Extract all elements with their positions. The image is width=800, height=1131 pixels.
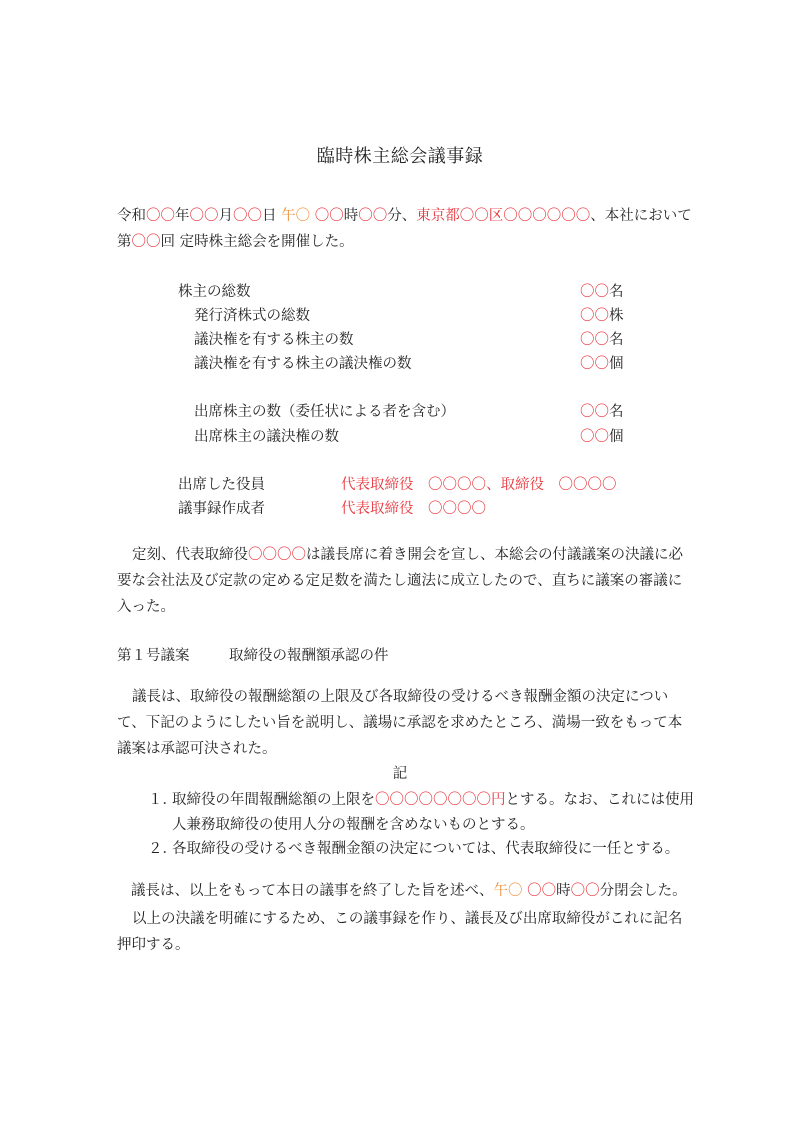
agenda-number: 第１号議案 xyxy=(117,649,190,664)
stat-value-voting-rights: 〇〇個 xyxy=(580,357,624,372)
agenda-paragraph: 議長は、取締役の報酬総額の上限及び各取締役の受けるべき報酬金額の決定について、下… xyxy=(117,684,683,762)
minutes-author-label: 議事録作成者 xyxy=(178,502,265,517)
placeholder-hour: 〇〇 xyxy=(527,883,556,899)
closing-line-1: 議長は、以上をもって本日の議事を終了した旨を述べ、午〇 〇〇時〇〇分閉会した。 xyxy=(131,884,687,899)
list-item-1-line-1: 取締役の年間報酬総額の上限を〇〇〇〇〇〇〇〇円とする。なお、これには使用 xyxy=(172,793,694,808)
placeholder-month: 〇〇 xyxy=(190,208,219,224)
placeholder-am-pm: 午〇 xyxy=(494,883,523,899)
ki-heading: 記 xyxy=(0,767,800,782)
text-segment: 月 xyxy=(219,208,234,224)
stat-value-issued-shares: 〇〇株 xyxy=(580,309,624,324)
opening-line-2: 第〇〇回 定時株主総会を開催した。 xyxy=(117,235,354,250)
text-segment: 日 xyxy=(262,208,281,224)
unit: 個 xyxy=(609,356,624,372)
text-segment: 分閉会した。 xyxy=(600,883,687,899)
placeholder-value: 〇〇 xyxy=(580,356,609,372)
unit: 名 xyxy=(609,332,624,348)
placeholder-am-pm: 午〇 xyxy=(281,208,310,224)
stat-value-attending-shareholders: 〇〇名 xyxy=(580,405,624,420)
text-segment: 議長は、以上をもって本日の議事を終了した旨を述べ、 xyxy=(131,883,494,899)
document-title: 臨時株主総会議事録 xyxy=(0,148,800,166)
stat-value-total-shareholders: 〇〇名 xyxy=(580,285,624,300)
text-segment: 回 定時株主総会を開催した。 xyxy=(161,234,354,250)
agenda-title: 取締役の報酬額承認の件 xyxy=(229,649,389,664)
stat-label-voting-shareholders: 議決権を有する株主の数 xyxy=(194,333,354,348)
list-item-1-line-2: 人兼務取締役の使用人分の報酬を含めないものとする。 xyxy=(172,818,535,833)
placeholder-day: 〇〇 xyxy=(233,208,262,224)
officers-attending-value: 代表取締役 〇〇〇〇、取締役 〇〇〇〇 xyxy=(341,478,617,493)
placeholder-value: 〇〇 xyxy=(580,404,609,420)
text-segment: 定刻、代表取締役 xyxy=(132,547,248,563)
unit: 個 xyxy=(609,429,624,445)
stat-value-attending-voting-rights: 〇〇個 xyxy=(580,430,624,445)
officers-attending-label: 出席した役員 xyxy=(178,478,265,493)
text-segment: 第 xyxy=(117,234,132,250)
document-page: 臨時株主総会議事録 令和〇〇年〇〇月〇〇日 午〇 〇〇時〇〇分、東京都〇〇区〇〇… xyxy=(0,0,800,1131)
text-segment: 時 xyxy=(556,883,571,899)
text-segment: 年 xyxy=(175,208,190,224)
unit: 名 xyxy=(609,404,624,420)
closing-paragraph-2: 以上の決議を明確にするため、この議事録を作り、議長及び出席取締役がこれに記名押印… xyxy=(117,906,683,958)
text-segment: 時 xyxy=(344,208,359,224)
stat-label-issued-shares: 発行済株式の総数 xyxy=(194,309,310,324)
text-segment: 取締役の年間報酬総額の上限を xyxy=(172,792,375,808)
minutes-author-value: 代表取締役 〇〇〇〇 xyxy=(341,502,486,517)
placeholder-address: 東京都〇〇区〇〇〇〇〇〇 xyxy=(416,208,590,224)
placeholder-chairperson: 〇〇〇〇 xyxy=(248,547,306,563)
text-segment: 令和 xyxy=(117,208,146,224)
placeholder-minute: 〇〇 xyxy=(571,883,600,899)
unit: 株 xyxy=(609,308,624,324)
list-item-2-line-1: 各取締役の受けるべき報酬金額の決定については、代表取締役に一任とする。 xyxy=(172,842,679,857)
stat-label-attending-shareholders: 出席株主の数（委任状による者を含む） xyxy=(194,405,455,420)
text-segment: 、本社において xyxy=(590,208,692,224)
placeholder-amount: 〇〇〇〇〇〇〇〇円 xyxy=(375,792,506,808)
stat-label-attending-voting-rights: 出席株主の議決権の数 xyxy=(194,430,339,445)
unit: 名 xyxy=(609,284,624,300)
placeholder-value: 〇〇 xyxy=(580,308,609,324)
placeholder-session-number: 〇〇 xyxy=(132,234,161,250)
placeholder-value: 〇〇 xyxy=(580,332,609,348)
placeholder-value: 〇〇 xyxy=(580,429,609,445)
opening-paragraph: 定刻、代表取締役〇〇〇〇は議長席に着き開会を宣し、本総会の付議議案の決議に必要な… xyxy=(117,542,683,620)
opening-line-1: 令和〇〇年〇〇月〇〇日 午〇 〇〇時〇〇分、東京都〇〇区〇〇〇〇〇〇、本社におい… xyxy=(117,209,692,224)
text-segment: 分、 xyxy=(387,208,416,224)
stat-label-total-shareholders: 株主の総数 xyxy=(178,285,251,300)
placeholder-value: 〇〇 xyxy=(580,284,609,300)
placeholder-hour: 〇〇 xyxy=(315,208,344,224)
text-segment: とする。なお、これには使用 xyxy=(506,792,695,808)
stat-label-voting-rights: 議決権を有する株主の議決権の数 xyxy=(194,357,412,372)
stat-value-voting-shareholders: 〇〇名 xyxy=(580,333,624,348)
placeholder-year: 〇〇 xyxy=(146,208,175,224)
placeholder-minute: 〇〇 xyxy=(358,208,387,224)
